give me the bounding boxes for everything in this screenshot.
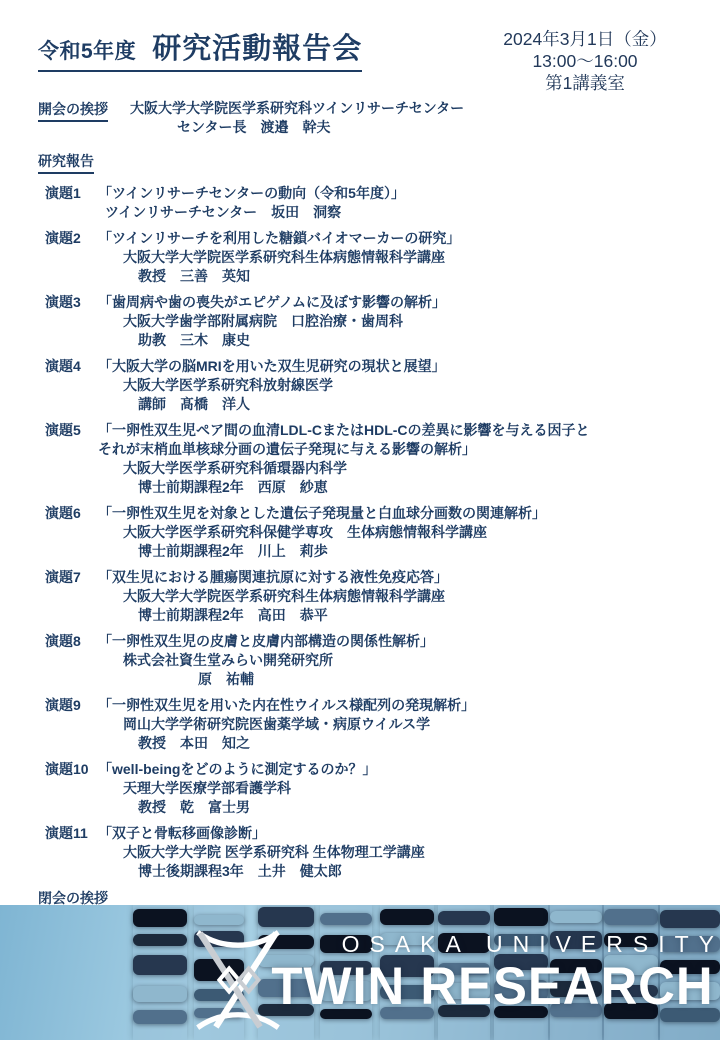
presentation-number: 演題5 [38, 421, 98, 497]
presentation-number: 演題9 [38, 696, 98, 753]
presentation-speaker: 博士後期課程3年 土井 健太郎 [138, 862, 425, 881]
presentation-number: 演題4 [38, 357, 98, 414]
footer-brand: OSAKA UNIVERSITY TWIN RESEARCH [253, 931, 714, 1015]
presentation-row: 演題9「一卵性双生児を用いた内在性ウイルス様配列の発現解析」岡山大学学術研究院医… [38, 696, 720, 753]
presentation-title: 「双生児における腫瘍関連抗原に対する液性免疫応答」 [98, 568, 448, 587]
presentation-speaker: 助教 三木 康史 [138, 331, 446, 350]
research-report-label: 研究報告 [38, 151, 94, 174]
presentation-title: 「一卵性双生児を用いた内在性ウイルス様配列の発現解析」 [98, 696, 475, 715]
gel-band [133, 934, 187, 946]
program-document: 令和5年度研究活動報告会 2024年3月1日（金） 13:00～16:00 第1… [0, 0, 720, 1040]
presentation-speaker: 博士前期課程2年 高田 恭平 [138, 606, 448, 625]
presentation-row: 演題6「一卵性双生児を対象とした遺伝子発現量と白血球分画数の関連解析」大阪大学医… [38, 504, 720, 561]
gel-band [494, 908, 548, 926]
presentation-speaker: 教授 本田 知之 [138, 734, 475, 753]
gel-band [194, 915, 244, 925]
opening-remarks: 開会の挨拶 大阪大学大学院医学系研究科ツインリサーチセンター センター長 渡邉 … [38, 99, 720, 137]
gel-band [133, 1010, 187, 1024]
presentation-title: 「歯周病や歯の喪失がエピゲノムに及ぼす影響の解析」 [98, 293, 446, 312]
presentation-number: 演題10 [38, 760, 98, 817]
presentation-affiliation: 天理大学医療学部看護学科 [123, 779, 376, 798]
gel-band [258, 907, 314, 927]
page-title: 令和5年度研究活動報告会 [38, 26, 362, 72]
presentation-title: 「well-beingをどのように測定するのか？」 [98, 760, 376, 779]
presentation-row: 演題5「一卵性双生児ペア間の血清LDL-CまたはHDL-Cの差異に影響を与える因… [38, 421, 720, 497]
event-room: 第1講義室 [460, 72, 710, 94]
presentation-title: 「双子と骨転移画像診断」 [98, 824, 425, 843]
presentation-row: 演題2「ツインリサーチを利用した糖鎖バイオマーカーの研究」大阪大学大学院医学系研… [38, 229, 720, 286]
presentation-affiliation: 大阪大学医学系研究科保健学専攻 生体病態情報科学講座 [123, 523, 546, 542]
footer-banner: OSAKA UNIVERSITY TWIN RESEARCH [0, 905, 720, 1040]
event-time: 13:00～16:00 [460, 50, 710, 72]
presentation-row: 演題1「ツインリサーチセンターの動向（令和5年度）」ツインリサーチセンター 坂田… [38, 184, 720, 222]
gel-band [438, 911, 490, 925]
presentation-title: 「大阪大学の脳MRIを用いた双生児研究の現状と展望」 [98, 357, 446, 376]
event-date: 2024年3月1日（金） [460, 28, 710, 50]
presentation-title: 「一卵性双生児を対象とした遺伝子発現量と白血球分画数の関連解析」 [98, 504, 546, 523]
gel-band [380, 909, 434, 925]
presentation-speaker: 博士前期課程2年 川上 莉歩 [138, 542, 546, 561]
gel-band [320, 913, 372, 925]
footer-brand-text: TWIN RESEARCH [272, 959, 714, 1015]
page-title-main: 研究活動報告会 [152, 33, 362, 65]
gel-band [133, 986, 187, 1002]
event-datetime: 2024年3月1日（金） 13:00～16:00 第1講義室 [460, 28, 710, 94]
gel-band [133, 955, 187, 975]
presentation-title: 「一卵性双生児ペア間の血清LDL-CまたはHDL-Cの差異に影響を与える因子と [98, 421, 590, 440]
gel-band [550, 911, 602, 923]
page-title-era: 令和5年度 [38, 40, 136, 63]
gel-band [604, 909, 658, 925]
presentation-affiliation: 大阪大学大学院 医学系研究科 生体物理工学講座 [123, 843, 425, 862]
presentation-title: 「一卵性双生児の皮膚と皮膚内部構造の関係性解析」 [98, 632, 434, 651]
presentation-row: 演題8「一卵性双生児の皮膚と皮膚内部構造の関係性解析」株式会社資生堂みらい開発研… [38, 632, 720, 689]
gel-band [133, 909, 187, 927]
presentation-speaker: 講師 髙橋 洋人 [138, 395, 446, 414]
presentation-row: 演題4「大阪大学の脳MRIを用いた双生児研究の現状と展望」大阪大学医学系研究科放… [38, 357, 720, 414]
presentation-list: 演題1「ツインリサーチセンターの動向（令和5年度）」ツインリサーチセンター 坂田… [38, 184, 720, 881]
presentation-title: 「ツインリサーチを利用した糖鎖バイオマーカーの研究」 [98, 229, 460, 248]
presentation-speaker: 原 祐輔 [198, 670, 434, 689]
presentation-number: 演題11 [38, 824, 98, 881]
gel-lane [133, 905, 187, 1040]
presentation-number: 演題8 [38, 632, 98, 689]
presentation-speaker: 教授 三善 英知 [138, 267, 460, 286]
presentation-number: 演題6 [38, 504, 98, 561]
presentation-title: 「ツインリサーチセンターの動向（令和5年度）」 [98, 184, 405, 203]
presentation-number: 演題3 [38, 293, 98, 350]
gel-band [660, 910, 720, 928]
presentation-title: それが末梢血単核球分画の遺伝子発現に与える影響の解析」 [98, 440, 590, 459]
presentation-row: 演題3「歯周病や歯の喪失がエピゲノムに及ぼす影響の解析」大阪大学歯学部附属病院 … [38, 293, 720, 350]
presentation-speaker: 博士前期課程2年 西原 紗恵 [138, 478, 590, 497]
presentation-row: 演題10「well-beingをどのように測定するのか？」天理大学医療学部看護学… [38, 760, 720, 817]
footer-org-text: OSAKA UNIVERSITY [253, 931, 720, 957]
header: 令和5年度研究活動報告会 2024年3月1日（金） 13:00～16:00 第1… [38, 26, 720, 72]
presentation-number: 演題1 [38, 184, 98, 222]
opening-affiliation: 大阪大学大学院医学系研究科ツインリサーチセンター [130, 99, 464, 118]
presentation-affiliation: 大阪大学大学院医学系研究科生体病態情報科学講座 [123, 587, 448, 606]
presentation-number: 演題7 [38, 568, 98, 625]
presentation-affiliation: 大阪大学大学院医学系研究科生体病態情報科学講座 [123, 248, 460, 267]
opening-remarks-label: 開会の挨拶 [38, 99, 108, 122]
presentation-affiliation: 大阪大学医学系研究科放射線医学 [123, 376, 446, 395]
presentation-affiliation: 大阪大学医学系研究科循環器内科学 [123, 459, 590, 478]
program-body: 令和5年度研究活動報告会 2024年3月1日（金） 13:00～16:00 第1… [0, 0, 720, 905]
presentation-affiliation: 大阪大学歯学部附属病院 口腔治療・歯周科 [123, 312, 446, 331]
presentation-row: 演題11「双子と骨転移画像診断」大阪大学大学院 医学系研究科 生体物理工学講座博… [38, 824, 720, 881]
presentation-affiliation: 岡山大学学術研究院医歯薬学域・病原ウイルス学 [123, 715, 475, 734]
presentation-speaker: 教授 乾 富士男 [138, 798, 376, 817]
presentation-affiliation: 株式会社資生堂みらい開発研究所 [123, 651, 434, 670]
presentation-row: 演題7「双生児における腫瘍関連抗原に対する液性免疫応答」大阪大学大学院医学系研究… [38, 568, 720, 625]
presentation-number: 演題2 [38, 229, 98, 286]
presentation-speaker: ツインリサーチセンター 坂田 洞察 [105, 203, 405, 222]
opening-speaker: センター長 渡邉 幹夫 [177, 118, 464, 137]
